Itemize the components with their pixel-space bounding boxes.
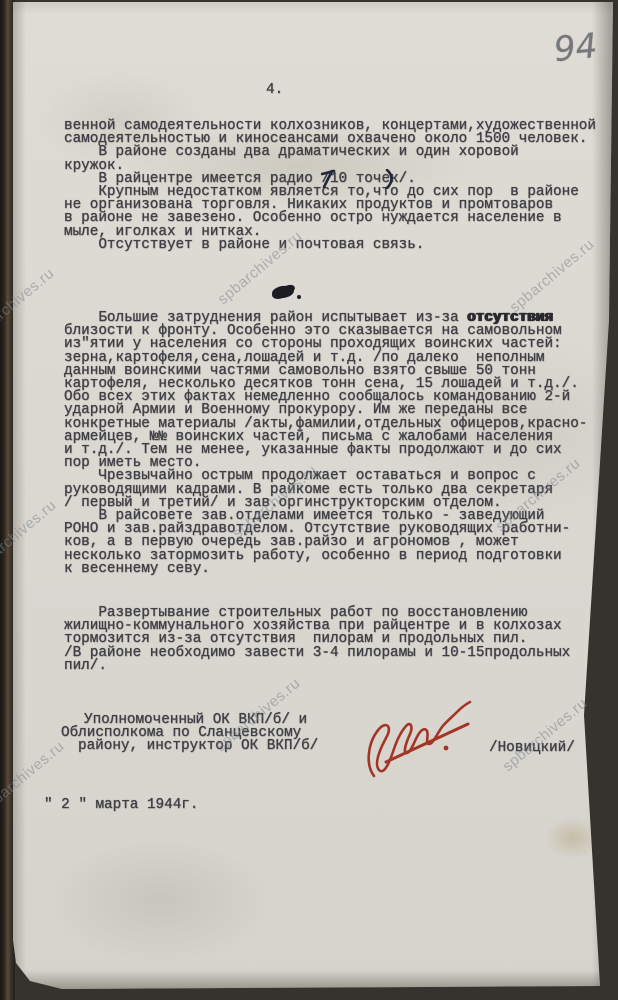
ink-correction-mark-icon bbox=[384, 169, 396, 189]
paragraph-cultural-activities: венной самодеятельности колхозников, кон… bbox=[64, 120, 616, 252]
scanned-document: 94 4. венной самодеятельности колхознико… bbox=[0, 0, 618, 1000]
archival-folio-number: 94 bbox=[552, 26, 599, 70]
date-line: " 2 " марта 1944г. bbox=[44, 799, 198, 812]
paragraph-front-difficulties: Большие затруднения район испытывает из-… bbox=[64, 312, 616, 576]
typed-page-number: 4. bbox=[266, 84, 283, 97]
document-page: 94 4. венной самодеятельности колхознико… bbox=[0, 0, 618, 1000]
ink-correction-mark-icon bbox=[321, 169, 337, 189]
scan-binding-edge bbox=[0, 0, 15, 1000]
ink-blot bbox=[268, 281, 308, 305]
paragraph-text: близости к фронту. Особенно это сказывае… bbox=[64, 323, 587, 577]
typed-signature-name: /Новицкий/ bbox=[489, 742, 575, 755]
signature-title-line-3: району, инструктор ОК ВКП/б/ bbox=[78, 740, 318, 753]
paragraph-construction: Развертывание строительных работ по восс… bbox=[64, 607, 616, 673]
signature-ink bbox=[358, 696, 493, 784]
